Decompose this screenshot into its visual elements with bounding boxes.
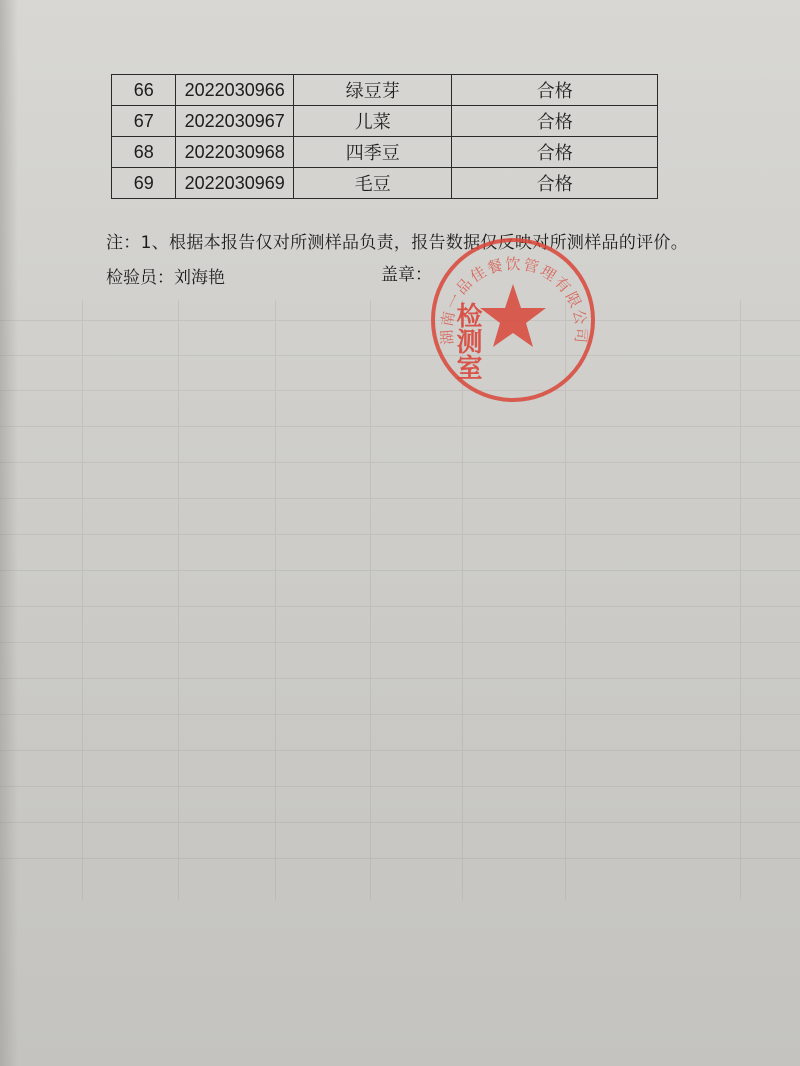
- results-table: 662022030966绿豆芽合格672022030967儿菜合格6820220…: [111, 74, 658, 199]
- inspector: 检验员：刘海艳: [106, 263, 225, 288]
- sample-name: 毛豆: [293, 168, 451, 199]
- table-row: 662022030966绿豆芽合格: [112, 75, 658, 106]
- sample-id: 2022030967: [176, 106, 294, 137]
- report-note: 注：1、根据本报告仅对所测样品负责，报告数据仅反映对所测样品的评价。: [106, 228, 688, 253]
- test-result: 合格: [452, 106, 658, 137]
- inspector-label: 检验员：: [106, 268, 174, 288]
- sample-id: 2022030968: [176, 137, 294, 168]
- test-result: 合格: [452, 168, 658, 199]
- sample-name: 四季豆: [293, 137, 451, 168]
- test-result: 合格: [452, 75, 658, 106]
- row-number: 66: [112, 75, 176, 106]
- sample-id: 2022030969: [176, 168, 294, 199]
- table-row: 692022030969毛豆合格: [112, 168, 658, 199]
- row-number: 69: [112, 168, 176, 199]
- svg-text:检测室: 检测室: [452, 302, 482, 380]
- star-icon: [480, 284, 546, 347]
- sample-name: 绿豆芽: [293, 75, 451, 106]
- official-seal: 湖南一品佳餐饮管理有限公司 检测室: [425, 222, 595, 402]
- row-number: 68: [112, 137, 176, 168]
- table-row: 672022030967儿菜合格: [112, 106, 658, 137]
- bleed-through-grid: [0, 300, 800, 900]
- test-result: 合格: [452, 137, 658, 168]
- table-row: 682022030968四季豆合格: [112, 137, 658, 168]
- row-number: 67: [112, 106, 176, 137]
- inspector-name: 刘海艳: [174, 268, 225, 288]
- sample-name: 儿菜: [293, 106, 451, 137]
- sample-id: 2022030966: [176, 75, 294, 106]
